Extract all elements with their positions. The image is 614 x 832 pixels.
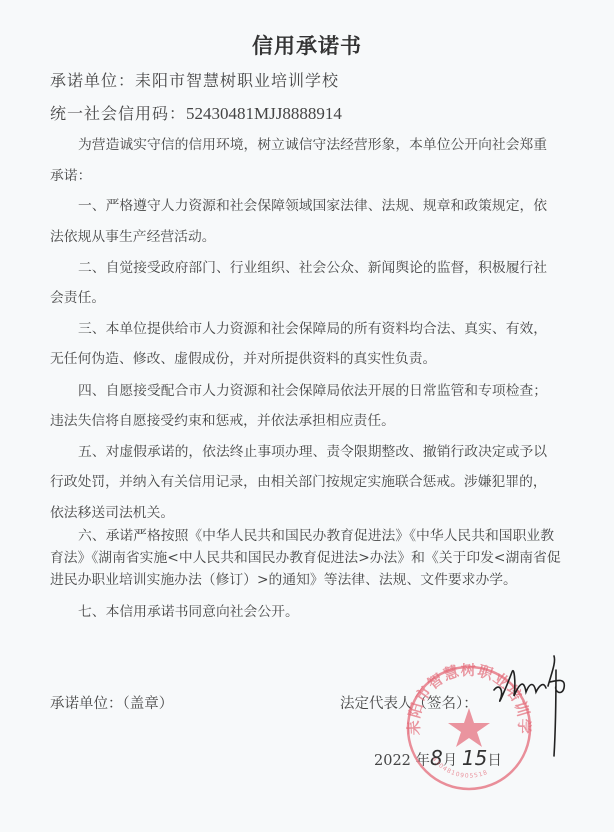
- body-line: 无任何伪造、修改、虚假成份，并对所提供资料的真实性负责。: [50, 351, 436, 367]
- body-line: 五、对虚假承诺的，依法终止事项办理、责令限期整改、撤销行政决定或予以: [78, 444, 547, 460]
- body-line: 行政处罚，并纳入有关信用记录，由相关部门按规定实施联合惩戒。涉嫌犯罪的，: [50, 474, 547, 490]
- body-line: 依法移送司法机关。: [50, 505, 174, 521]
- body-line: 一、严格遵守人力资源和社会保障领域国家法律、法规、规章和政策规定，依: [78, 198, 547, 214]
- body-line: 进民办职业培训实施办法（修订）>的通知》等法律、法规、文件要求办学。: [50, 572, 517, 588]
- body-line: 育法》《湖南省实施<中人民共和国民办教育促进法>办法》和《关于印发<湖南省促: [50, 550, 561, 566]
- body-line: 会责任。: [50, 290, 105, 306]
- body-line: 违法失信将自愿接受约束和惩戒，并依法承担相应责任。: [50, 413, 395, 429]
- body-line: 法依规从事生产经营活动。: [50, 229, 216, 245]
- signature-icon: [490, 652, 580, 762]
- credit-code-label: 统一社会信用码：: [50, 104, 186, 123]
- stamp-number: 4304810905518: [430, 756, 489, 780]
- body-line: 二、自觉接受政府部门、行业组织、社会公众、新闻舆论的监督，积极履行社: [78, 260, 547, 276]
- svg-text:4304810905518: 4304810905518: [430, 756, 489, 780]
- unit-line: 承诺单位：耒阳市智慧树职业培训学校: [50, 68, 339, 91]
- body-line: 四、自愿接受配合市人力资源和社会保障局依法开展的日常监管和专项检查；: [78, 383, 547, 399]
- credit-code-value: 52430481MJJ8888914: [186, 104, 342, 123]
- unit-seal-label: 承诺单位：（盖章）: [50, 692, 173, 713]
- body-line: 承诺：: [50, 168, 91, 184]
- credit-code-line: 统一社会信用码：52430481MJJ8888914: [50, 101, 342, 124]
- unit-label: 承诺单位：: [50, 71, 135, 90]
- body-line: 三、本单位提供给市人力资源和社会保障局的所有资料均合法、真实、有效，: [78, 321, 547, 337]
- body-line: 为营造诚实守信的信用环境，树立诚信守法经营形象，本单位公开向社会郑重: [78, 137, 547, 153]
- body-line: 六、承诺严格按照《中华人民共和国民办教育促进法》《中华人民共和国职业教: [78, 528, 554, 544]
- unit-name: 耒阳市智慧树职业培训学校: [135, 71, 339, 90]
- body-line: 七、本信用承诺书同意向社会公开。: [78, 604, 299, 620]
- document-title: 信用承诺书: [0, 30, 614, 60]
